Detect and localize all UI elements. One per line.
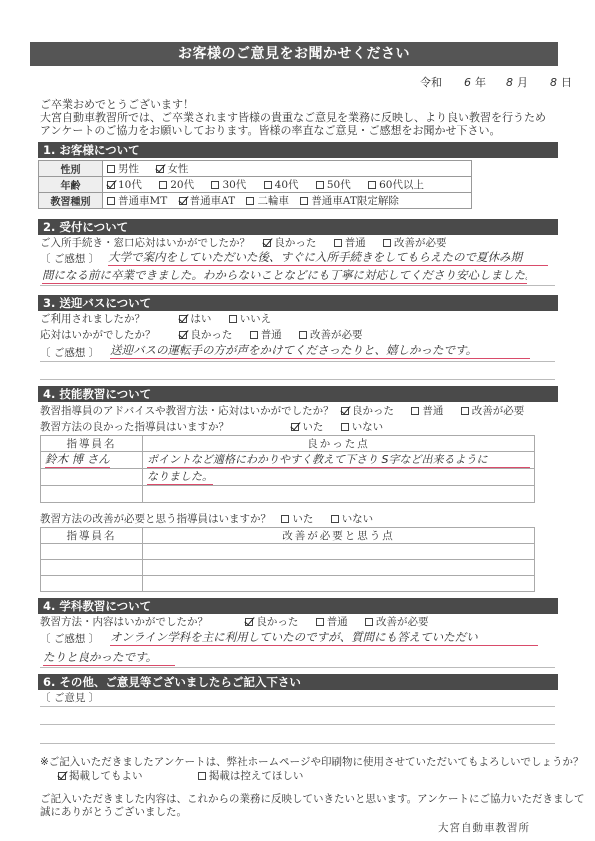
course-option-mt[interactable]: 普通車MT [107,193,167,208]
good-point-text[interactable]: ポイントなど適格にわかりやすく教えて下さり S字など出来るように [147,452,530,468]
skill-instructor-question: 教習指導員のアドバイスや教習方法・応対はいかがでしたか？ [40,405,334,417]
age-option-30s[interactable]: 30代 [211,177,246,192]
improve-point-text[interactable] [143,560,535,576]
age-option-10s[interactable]: 10代 [107,177,142,192]
column-header-instructor: 指導員名 [41,528,143,544]
consent-option-decline[interactable]: 掲載は控えてほしい [198,770,304,783]
improve-instructor-question: 教習方法の改善が必要と思う指導員はいますか？ [40,512,278,526]
comment-rule [40,361,555,362]
consent-options: 掲載してもよい 掲載は控えてほしい [58,770,317,783]
academic-comment-line-1[interactable]: オンライン学科を主に利用していたのですが、質問にも答えていただい [110,630,538,646]
checkbox-icon[interactable] [316,618,324,626]
comment-rule [40,667,555,668]
reception-option-needs-improvement[interactable]: 改善が必要 [383,236,447,250]
date-day[interactable]: 8 [550,74,557,92]
checkbox-icon[interactable] [107,165,115,173]
reception-question: ご入所手続き・窓口応対はいかがでしたか？ [40,237,250,249]
checkbox-icon[interactable] [299,331,307,339]
course-type-label: 教習種別 [39,193,103,209]
skill-instructor-row: 教習指導員のアドバイスや教習方法・応対はいかがでしたか？ 良かった 普通 改善が… [40,404,524,418]
academic-comment-line-2[interactable]: たりと良かったです。 [43,650,175,666]
gender-option-male[interactable]: 男性 [107,161,139,176]
bus-usage-row: ご利用されましたか？ はい いいえ [40,312,285,326]
comment-rule [40,285,555,286]
section-2-header: 2. 受付について [38,219,558,235]
comment-line[interactable] [40,743,555,744]
course-type-row: 教習種別 普通車MT 普通車AT 二輪車 普通車AT限定解除 [39,193,472,209]
instructor-name[interactable] [41,576,143,592]
checkbox-checked-icon[interactable] [245,618,253,626]
section-6-header: 6. その他、ご意見等ございましたらご記入下さい [38,674,558,690]
intro-line-3: アンケートのご協力をお願いしております。皆様の率直なご意見・ご感想をお聞かせ下さ… [40,124,500,137]
checkbox-icon[interactable] [246,197,254,205]
checkbox-icon[interactable] [365,618,373,626]
checkbox-checked-icon[interactable] [179,331,187,339]
date-month[interactable]: 8 [506,74,513,92]
checkbox-checked-icon[interactable] [58,772,66,780]
table-header-row: 指導員名 良かった点 [41,436,535,452]
consent-option-allow[interactable]: 掲載してもよい [58,770,143,783]
checkbox-icon[interactable] [368,181,376,189]
checkbox-icon[interactable] [411,407,419,415]
instructor-name[interactable] [41,469,143,486]
section-5-header: 4. 学科教習について [38,598,558,614]
reception-option-good[interactable]: 良かった [263,236,316,250]
improve-instructor-row: 教習方法の改善が必要と思う指導員はいますか？ いた いない [40,512,387,526]
checkbox-icon[interactable] [198,772,206,780]
good-point-text[interactable]: なりました。 [147,469,213,485]
bus-comment-line-1[interactable]: 送迎バスの運転手の方が声をかけてくださったりと、嬉しかったです。 [110,343,530,359]
improve-point-text[interactable] [143,544,535,560]
instructor-name[interactable] [41,486,143,503]
checkbox-icon[interactable] [229,315,237,323]
comment-line[interactable] [40,706,555,707]
improve-instructor-no[interactable]: いない [331,512,374,526]
age-label: 年齢 [39,177,103,193]
age-option-50s[interactable]: 50代 [316,177,351,192]
course-option-at[interactable]: 普通車AT [179,193,236,208]
academic-question: 教習方法・内容はいかがでしたか？ [40,615,242,629]
signature: 大宮自動車教習所 [438,822,530,835]
reception-comment-label: 〔 ご感想 〕 [40,252,99,266]
good-instructor-no[interactable]: いない [341,420,384,434]
column-header-improve-points: 改善が必要と思う点 [143,528,535,544]
date-year[interactable]: 6 [464,74,471,92]
bus-service-good[interactable]: 良かった [179,328,232,342]
intro-line-2: 大宮自動車教習所では、ご卒業されます皆様の貴重なご意見を業務に反映し、より良い教… [40,111,546,124]
table-row [41,576,535,592]
gender-option-female[interactable]: 女性 [156,161,188,176]
improve-instructor-table: 指導員名 改善が必要と思う点 [40,527,535,592]
checkbox-icon[interactable] [159,181,167,189]
section-4-header: 4. 技能教習について [38,386,558,402]
table-header-row: 指導員名 改善が必要と思う点 [41,528,535,544]
academic-comment-label: 〔 ご感想 〕 [40,632,99,646]
academic-option-needs-improvement[interactable]: 改善が必要 [365,615,429,629]
checkbox-icon[interactable] [107,197,115,205]
column-header-good-points: 良かった点 [143,436,535,452]
checkbox-icon[interactable] [461,407,469,415]
comment-line[interactable] [40,724,555,725]
section-1-header: 1. お客様について [38,142,558,158]
checkbox-icon[interactable] [334,239,342,247]
consent-question: ※ご記入いただきましたアンケートは、弊社ホームページや印刷物に使用させていただい… [40,756,583,769]
bus-service-needs-improvement[interactable]: 改善が必要 [299,328,363,342]
section-3-header: 3. 送迎バスについて [38,295,558,311]
bus-service-question: 応対はいかがでしたか？ [40,328,176,342]
checkbox-checked-icon[interactable] [291,423,299,431]
column-header-instructor: 指導員名 [41,436,143,452]
checkbox-icon[interactable] [341,423,349,431]
table-row: 鈴木 博 さん ポイントなど適格にわかりやすく教えて下さり S字など出来るように [41,452,535,469]
checkbox-checked-icon[interactable] [107,181,115,189]
academic-question-row: 教習方法・内容はいかがでしたか？ 良かった 普通 改善が必要 [40,615,443,629]
table-row [41,486,535,503]
gender-row: 性別 男性 女性 [39,161,472,177]
improve-point-text[interactable] [143,576,535,592]
age-option-60s-plus[interactable]: 60代以上 [368,177,424,192]
skill-option-average[interactable]: 普通 [411,404,443,418]
table-row: なりました。 [41,469,535,486]
closing-line-1: ご記入いただきました内容は、これからの業務に反映していきたいと思います。アンケー… [40,793,585,806]
reception-question-row: ご入所手続き・窓口応対はいかがでしたか？ 良かった 普通 改善が必要 [40,236,461,250]
instructor-name[interactable]: 鈴木 博 さん [45,452,110,468]
table-row [41,560,535,576]
age-row: 年齢 10代 20代 30代 40代 50代 60代以上 [39,177,472,193]
checkbox-icon[interactable] [300,197,308,205]
bus-service-average[interactable]: 普通 [250,328,282,342]
reception-comment-line-1[interactable]: 大学で案内をしていただいた後、すぐに入所手続きをしてもらえたので夏休み期 [108,250,548,266]
instructor-name[interactable] [41,544,143,560]
comment-rule [40,379,555,380]
checkbox-checked-icon[interactable] [179,197,187,205]
age-option-40s[interactable]: 40代 [264,177,299,192]
checkbox-checked-icon[interactable] [156,165,164,173]
good-point-text[interactable] [143,486,535,503]
checkbox-checked-icon[interactable] [341,407,349,415]
checkbox-icon[interactable] [383,239,391,247]
course-option-motorcycle[interactable]: 二輪車 [246,193,289,208]
academic-option-good[interactable]: 良かった [245,615,298,629]
date-era: 令和 [420,74,442,92]
checkbox-icon[interactable] [211,181,219,189]
checkbox-checked-icon[interactable] [263,239,271,247]
intro-line-1: ご卒業おめでとうございます！ [40,98,194,111]
date-day-unit: 日 [561,74,572,92]
other-comment-label: 〔 ご意見 〕 [40,691,99,705]
checkbox-icon[interactable] [316,181,324,189]
customer-info-table: 性別 男性 女性 年齢 10代 20代 30代 40代 50代 60代以上 教習… [38,160,472,209]
closing-line-2: 誠にありがとうございました。 [40,806,187,819]
course-option-at-limit-release[interactable]: 普通車AT限定解除 [300,193,399,208]
checkbox-icon[interactable] [331,515,339,523]
instructor-name[interactable] [41,560,143,576]
bus-service-row: 応対はいかがでしたか？ 良かった 普通 改善が必要 [40,328,377,342]
date-month-unit: 月 [517,74,528,92]
bus-usage-yes[interactable]: はい [179,312,211,326]
date-row: 令和 6 年 8 月 8 日 [420,74,595,92]
improve-instructor-yes[interactable]: いた [281,512,313,526]
checkbox-icon[interactable] [250,331,258,339]
checkbox-checked-icon[interactable] [179,315,187,323]
bus-comment-label: 〔 ご感想 〕 [40,346,99,360]
gender-label: 性別 [39,161,103,177]
form-title: お客様のご意見をお聞かせください [30,42,558,66]
checkbox-icon[interactable] [264,181,272,189]
table-row [41,544,535,560]
skill-option-good[interactable]: 良かった [341,404,394,418]
good-instructor-table: 指導員名 良かった点 鈴木 博 さん ポイントなど適格にわかりやすく教えて下さり… [40,435,535,503]
skill-option-needs-improvement[interactable]: 改善が必要 [461,404,525,418]
bus-usage-no[interactable]: いいえ [229,312,272,326]
age-option-20s[interactable]: 20代 [159,177,194,192]
bus-usage-question: ご利用されましたか？ [40,312,176,326]
checkbox-icon[interactable] [281,515,289,523]
academic-option-average[interactable]: 普通 [316,615,348,629]
reception-option-average[interactable]: 普通 [334,236,366,250]
date-year-unit: 年 [475,74,486,92]
good-instructor-row: 教習方法の良かった指導員はいますか？ いた いない [40,420,397,434]
good-instructor-yes[interactable]: いた [291,420,323,434]
reception-comment-line-2[interactable]: 間になる前に卒業できました。わからないことなどにも丁寧に対応してくださり安心しま… [42,268,527,284]
good-instructor-question: 教習方法の良かった指導員はいますか？ [40,420,288,434]
